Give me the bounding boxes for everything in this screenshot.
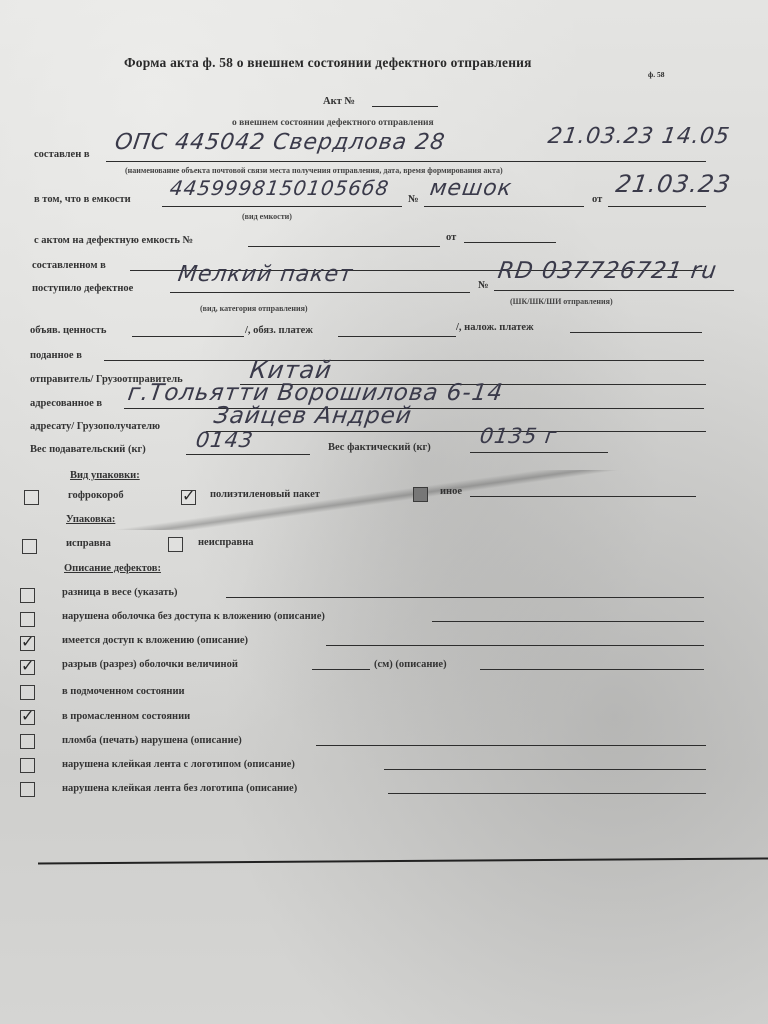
form-title: Форма акта ф. 58 о внешнем состоянии деф… (124, 55, 532, 71)
received-defective-label: поступило дефектное (32, 283, 133, 294)
act-number-label: Акт № (323, 96, 355, 107)
received-number-label: № (478, 280, 489, 291)
weight-declared-value: 0143 (194, 428, 255, 452)
received-number-field[interactable] (494, 290, 734, 291)
addressed-to-field[interactable] (124, 408, 704, 409)
container-label: в том, что в емкости (34, 194, 131, 205)
shell-tear-suffix: (см) (описание) (374, 659, 447, 670)
weight-actual-value: 0135 г (478, 424, 559, 448)
addressed-to-label: адресованное в (30, 398, 102, 409)
shell-tear-field[interactable] (480, 669, 704, 670)
cod-payment-field[interactable] (570, 332, 702, 333)
received-defective-value: Мелкий пакет (176, 262, 354, 287)
cod-payment-label: /, налож. платеж (456, 322, 534, 333)
option-polyethylene-bag: полиэтиленовый пакет (210, 489, 320, 500)
checkbox-polyethylene-bag[interactable]: ✓ (181, 490, 196, 505)
composed-in-value: ОПС 445042 Свердлова 28 (113, 130, 447, 155)
recipient-label: адресату/ Грузополучателю (30, 421, 160, 432)
checkbox-oily[interactable]: ✓ (20, 710, 35, 725)
defect-act-field[interactable] (248, 246, 440, 247)
other-packaging-field[interactable] (470, 496, 696, 497)
checkbox-intact[interactable] (22, 539, 37, 554)
container-date-field[interactable] (608, 206, 706, 207)
container-date-value: 21.03.23 (614, 170, 733, 198)
checkbox-wet[interactable] (20, 685, 35, 700)
declared-value-label: объяв. ценность (30, 325, 106, 336)
received-hint-right: (ШК/ШК/ШИ отправления) (510, 297, 613, 306)
weight-difference-field[interactable] (226, 597, 704, 598)
check-mark-icon: ✓ (21, 656, 34, 675)
defect-access-to-contents: имеется доступ к вложению (описание) (62, 635, 248, 646)
defect-act-label: с актом на дефектную емкость № (34, 235, 193, 246)
container-hint: (вид емкости) (242, 212, 292, 221)
weight-actual-label: Вес фактический (кг) (328, 442, 431, 453)
page-divider-line (38, 857, 768, 864)
option-intact: исправна (66, 538, 111, 549)
option-corrugated-box: гофрокороб (68, 490, 124, 501)
defect-act-date-field[interactable] (464, 242, 556, 243)
check-mark-icon: ✓ (21, 706, 34, 725)
composed-in-hint: (наименование объекта почтовой связи мес… (125, 166, 503, 175)
container-date-label: от (592, 194, 602, 205)
container-value: 44599981501056б8 (168, 176, 391, 200)
weight-declared-field[interactable] (186, 454, 310, 455)
composed-in-2-label: составленном в (32, 260, 106, 271)
defect-wet: в подмоченном состоянии (62, 686, 185, 697)
checkbox-damaged[interactable] (168, 537, 183, 552)
option-other: иное (440, 486, 462, 497)
checkbox-shell-no-access[interactable] (20, 612, 35, 627)
form-code: ф. 58 (648, 70, 664, 79)
checkbox-tape-without-logo[interactable] (20, 782, 35, 797)
received-number-value: RD 037726721 ru (496, 258, 719, 284)
form-subtitle: о внешнем состоянии дефектного отправлен… (232, 118, 434, 128)
checkbox-tape-with-logo[interactable] (20, 758, 35, 773)
check-mark-icon: ✓ (21, 632, 34, 651)
tape-with-logo-field[interactable] (384, 769, 706, 770)
tape-without-logo-field[interactable] (388, 793, 706, 794)
packaging-state-heading: Упаковка: (66, 514, 115, 525)
defect-oily: в промасленном состоянии (62, 711, 190, 722)
defect-tape-with-logo: нарушена клейкая лента с логотипом (опис… (62, 759, 295, 770)
weight-declared-label: Вес подавательский (кг) (30, 444, 146, 455)
shell-no-access-field[interactable] (432, 621, 704, 622)
checkbox-weight-difference[interactable] (20, 588, 35, 603)
recipient-field[interactable] (206, 431, 706, 432)
checkbox-seal-broken[interactable] (20, 734, 35, 749)
seal-broken-field[interactable] (316, 745, 706, 746)
composed-in-label: составлен в (34, 149, 90, 160)
weight-actual-field[interactable] (470, 452, 608, 453)
submitted-in-label: поданное в (30, 350, 82, 361)
defect-weight-difference: разница в весе (указать) (62, 587, 177, 598)
check-mark-icon: ✓ (182, 486, 195, 505)
checkbox-corrugated-box[interactable] (24, 490, 39, 505)
defect-seal-broken: пломба (печать) нарушена (описание) (62, 735, 242, 746)
defect-tape-without-logo: нарушена клейкая лента без логотипа (опи… (62, 783, 297, 794)
mandatory-payment-field[interactable] (338, 336, 456, 337)
container-field[interactable] (162, 206, 402, 207)
declared-value-field[interactable] (132, 336, 244, 337)
access-to-contents-field[interactable] (326, 645, 704, 646)
checkbox-shell-tear[interactable]: ✓ (20, 660, 35, 675)
defect-shell-tear: разрыв (разрез) оболочки величиной (62, 659, 238, 670)
shell-tear-size-field[interactable] (312, 669, 370, 670)
composed-in-datetime: 21.03.23 14.05 (546, 124, 731, 149)
recipient-value: Зайцев Андрей (212, 403, 413, 429)
container-number-field[interactable] (424, 206, 584, 207)
act-number-field[interactable] (372, 106, 438, 107)
defect-act-date-label: от (446, 232, 456, 243)
defect-shell-no-access: нарушена оболочка без доступа к вложению… (62, 611, 325, 622)
checkbox-other[interactable] (413, 487, 428, 502)
packaging-type-heading: Вид упаковки: (70, 470, 140, 481)
container-number-label: № (408, 194, 419, 205)
container-number-value: мешок (428, 176, 514, 201)
mandatory-payment-label: /, обяз. платеж (245, 325, 313, 336)
checkbox-access-to-contents[interactable]: ✓ (20, 636, 35, 651)
defects-heading: Описание дефектов: (64, 563, 161, 574)
received-defective-field[interactable] (170, 292, 470, 293)
submitted-in-field[interactable] (104, 360, 704, 361)
received-hint-left: (вид, категория отправления) (200, 304, 308, 313)
composed-in-field[interactable] (106, 161, 706, 162)
option-damaged: неисправна (198, 537, 254, 548)
